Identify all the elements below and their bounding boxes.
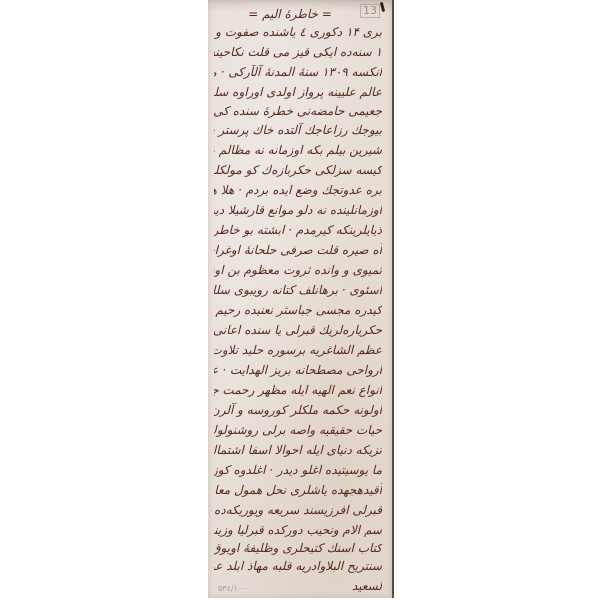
text-line: حیات حقیقیه واصه برلی روشنولوك نحو بیتند… — [214, 422, 382, 438]
text-line: جعیمی حامضه‌نی خطرهٔ سنده کی قبرستانك رک… — [214, 103, 382, 119]
text-line: ارواحی مصطحانه بریز الهدایت · عالاحقیقته — [214, 362, 382, 378]
text-line: بری ۱۴ دکوری ٤ یاشنده صفوت و نعمت — [214, 24, 382, 40]
text-line: آه صیره قلت صرفی حلحانهٔ اوغراشور · ورون… — [214, 242, 382, 258]
text-line: قبرلی افرزیسند سریعه ویوریکه‌ده کی · سرل… — [214, 502, 382, 518]
text-line: ۱ سنه‌ده ایکی قیز می قلت نکاحینه کوردك ا… — [214, 44, 382, 60]
signature: لسعید — [328, 578, 382, 594]
text-line: ما یوسیتیده اغلو دیدر · اغلدوه کوزلرنده — [214, 462, 382, 478]
text-line: کیسه سزلکی حکربازه‌ك کو مولکلری بحلم — [214, 162, 382, 178]
text-line: کیدره مجسی جباسثر نعنیده رحیم نارعی قیلو… — [214, 302, 382, 318]
text-line: ثمیوی و وانده ثروت معظوم بن اوزم سولیوه … — [214, 262, 382, 278]
text-line: اسئوی · برهانلف کتانه رویبوی سلك اورنده — [214, 282, 382, 298]
archive-label: ٥٣٤/١٠٠ — [218, 584, 246, 593]
text-line: ذیایلرینکه کیرمدم · ابشته بو خاطرات الیم — [214, 222, 382, 238]
text-line: حکریاره‌لریك قبرلی یا سنده اعانی آلتی نز… — [214, 322, 382, 338]
text-line: شیرین بیلم بکه اوزمانه نه مظالم بولنده — [214, 142, 382, 158]
text-line: انواع نعم الهیه ایله مظهر رحمت جهان مستغ… — [214, 382, 382, 398]
text-line: بیوجك رزاعاجك آلتده خاك پرستر سکونده — [214, 122, 382, 138]
text-line: عظم الشاغریه برسوره حلید تلاوت ایدرك — [214, 342, 382, 358]
text-line: تزیکه دنیای ایله احوالا اسفا اشتمالی ورخ… — [214, 442, 382, 458]
text-line: اولونه حکمه ملکلر کوروسه و آلرن آمرنکه — [214, 402, 382, 418]
document-title: = خاطرهٔ الیم = — [248, 6, 332, 22]
text-line: عالم علیینه پرواز اولدی اوراوه سلیحوازه — [214, 84, 382, 100]
text-line: سنتریح البلاوادریه قلبه مهاذ ابلد عود تا… — [214, 558, 382, 574]
manuscript-text: = خاطرهٔ الیم = بری ۱۴ دکوری ٤ یاشنده صف… — [208, 0, 392, 598]
text-line: اوزمانلینده نه دلو موانع قارشیلا دیده بر… — [214, 202, 382, 218]
text-line: سم الام ونحیب دورکده قبرلیا وزینه برد — [214, 522, 382, 538]
text-line: بره عدوتجك وضع ایده بردم · هلا هیج بیلمک… — [214, 182, 382, 198]
text-line: آقیدهجهده یاشلری نحل همول معاهده خالله — [214, 482, 382, 498]
text-line: کتاب اسنك کتیحلری وظلیفهٔ اویوق اتیا اتی… — [214, 540, 382, 556]
text-line: انکسه ۱۳۰۹ سنهٔ المدنهٔ آلآرکی · مرغ روح… — [214, 64, 382, 80]
